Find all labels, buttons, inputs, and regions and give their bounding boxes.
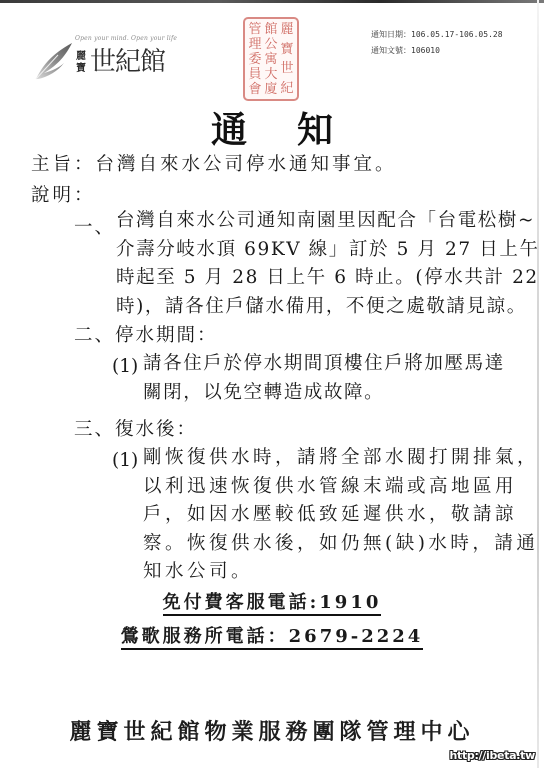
stamp-char: 麗 [279, 22, 295, 37]
logo-small-name: 麗寶 [76, 51, 88, 75]
description-label: 說明： [31, 181, 96, 207]
subject-label: 主旨： [31, 154, 96, 175]
section-2-marker: 二、 [74, 325, 115, 346]
paragraph-line: 以利迅速恢復供水管線末端或高地區用 [143, 473, 539, 502]
section-1-paragraph: 台灣自來水公司通知南園里因配合「台電松樹~ 介壽分岐水頂 69KV 線」訂於 5… [116, 207, 544, 321]
section-2-title: 停水期間： [115, 325, 218, 346]
paragraph-line: 時)，請各住戶儲水備用，不便之處敬請見諒。 [116, 293, 544, 322]
quill-feather-icon [32, 41, 74, 81]
stamp-char: 寶 [279, 42, 295, 57]
paragraph-line: 台灣自來水公司通知南園里因配合「台電松樹~ [116, 207, 544, 236]
section-1-marker: 一、 [74, 213, 115, 239]
company-logo: Open your mind. Open your life 麗寶 世紀館 [32, 33, 172, 83]
toll-free-hotline: 免付費客服電話:1910 [0, 588, 544, 614]
stamp-char: 員 [247, 67, 263, 82]
watermark-url: http://ibeta.tw [449, 749, 535, 762]
paragraph-line: 時起至 5 月 28 日上午 6 時止。(停水共計 22 小 [116, 264, 544, 293]
notice-date-value: 106.05.17-106.05.28 [411, 30, 503, 39]
stamp-column-3: 管理委員會 [247, 22, 263, 96]
stamp-char: 會 [247, 82, 263, 97]
section-2-paragraph: 請各住戶於停水期間頂樓住戶將加壓馬達 關閉，以免空轉造成故障。 [143, 350, 505, 407]
section-3-paragraph: 剛恢復供水時，請將全部水閥打開排氣， 以利迅速恢復供水管線末端或高地區用 戶，如… [143, 444, 539, 587]
stamp-column-1: 麗寶世紀 [279, 22, 295, 96]
paragraph-line: 關閉，以免空轉造成故障。 [143, 379, 505, 408]
section-2-heading: 二、停水期間： [74, 321, 218, 347]
notice-date-row: 通知日期：106.05.17-106.05.28 [371, 27, 503, 43]
office-phone-text: 鶯歌服務所電話：2679-2224 [121, 626, 424, 650]
paragraph-line: 介壽分岐水頂 69KV 線」訂於 5 月 27 日上午 8 [116, 236, 544, 265]
stamp-char: 大 [263, 67, 279, 82]
notice-number-value: 106010 [411, 46, 440, 55]
paragraph-line: 請各住戶於停水期間頂樓住戶將加壓馬達 [143, 350, 505, 379]
stamp-char: 管 [247, 22, 263, 37]
stamp-char: 館 [263, 22, 279, 37]
logo-big-name: 世紀館 [90, 47, 165, 77]
logo-slogan: Open your mind. Open your life [75, 35, 177, 42]
stamp-char: 紀 [279, 81, 295, 96]
paragraph-line: 知水公司。 [143, 558, 539, 587]
paragraph-line: 戶，如因水壓較低致延遲供水，敬請諒 [143, 501, 539, 530]
subject-text: 台灣自來水公司停水通知事宜。 [96, 154, 397, 175]
notice-number-row: 通知文號：106010 [371, 43, 503, 59]
section-3-heading: 三、復水後： [74, 415, 197, 441]
notice-meta: 通知日期：106.05.17-106.05.28 通知文號：106010 [371, 27, 503, 59]
title-char-1: 通 [211, 102, 247, 153]
notice-date-label: 通知日期： [371, 30, 411, 39]
title-char-2: 知 [297, 102, 333, 153]
section-3-marker: 三、 [74, 419, 115, 440]
section-3-title: 復水後： [115, 419, 197, 440]
section-3-item-marker: (1) [112, 450, 138, 471]
stamp-char: 世 [279, 61, 295, 76]
page-title: 通知 [0, 102, 544, 153]
office-phone: 鶯歌服務所電話：2679-2224 [0, 622, 544, 648]
stamp-char: 寓 [263, 52, 279, 67]
paragraph-line: 察。恢復供水後，如仍無(缺)水時，請通 [143, 530, 539, 559]
stamp-char: 理 [247, 37, 263, 52]
subject-line: 主旨：台灣自來水公司停水通知事宜。 [31, 150, 397, 176]
toll-free-hotline-text: 免付費客服電話:1910 [163, 592, 382, 616]
scan-top-edge [0, 0, 544, 3]
paragraph-line: 剛恢復供水時，請將全部水閥打開排氣， [143, 444, 539, 473]
official-seal-stamp: 麗寶世紀 館公寓大廈 管理委員會 [243, 17, 299, 101]
stamp-char: 委 [247, 52, 263, 67]
notice-number-label: 通知文號： [371, 46, 411, 55]
stamp-column-2: 館公寓大廈 [263, 22, 279, 96]
stamp-char: 廈 [263, 82, 279, 97]
stamp-char: 公 [263, 37, 279, 52]
section-2-item-marker: (1) [112, 356, 138, 377]
footer-organization: 麗寶世紀館物業服務團隊管理中心 [0, 715, 544, 746]
